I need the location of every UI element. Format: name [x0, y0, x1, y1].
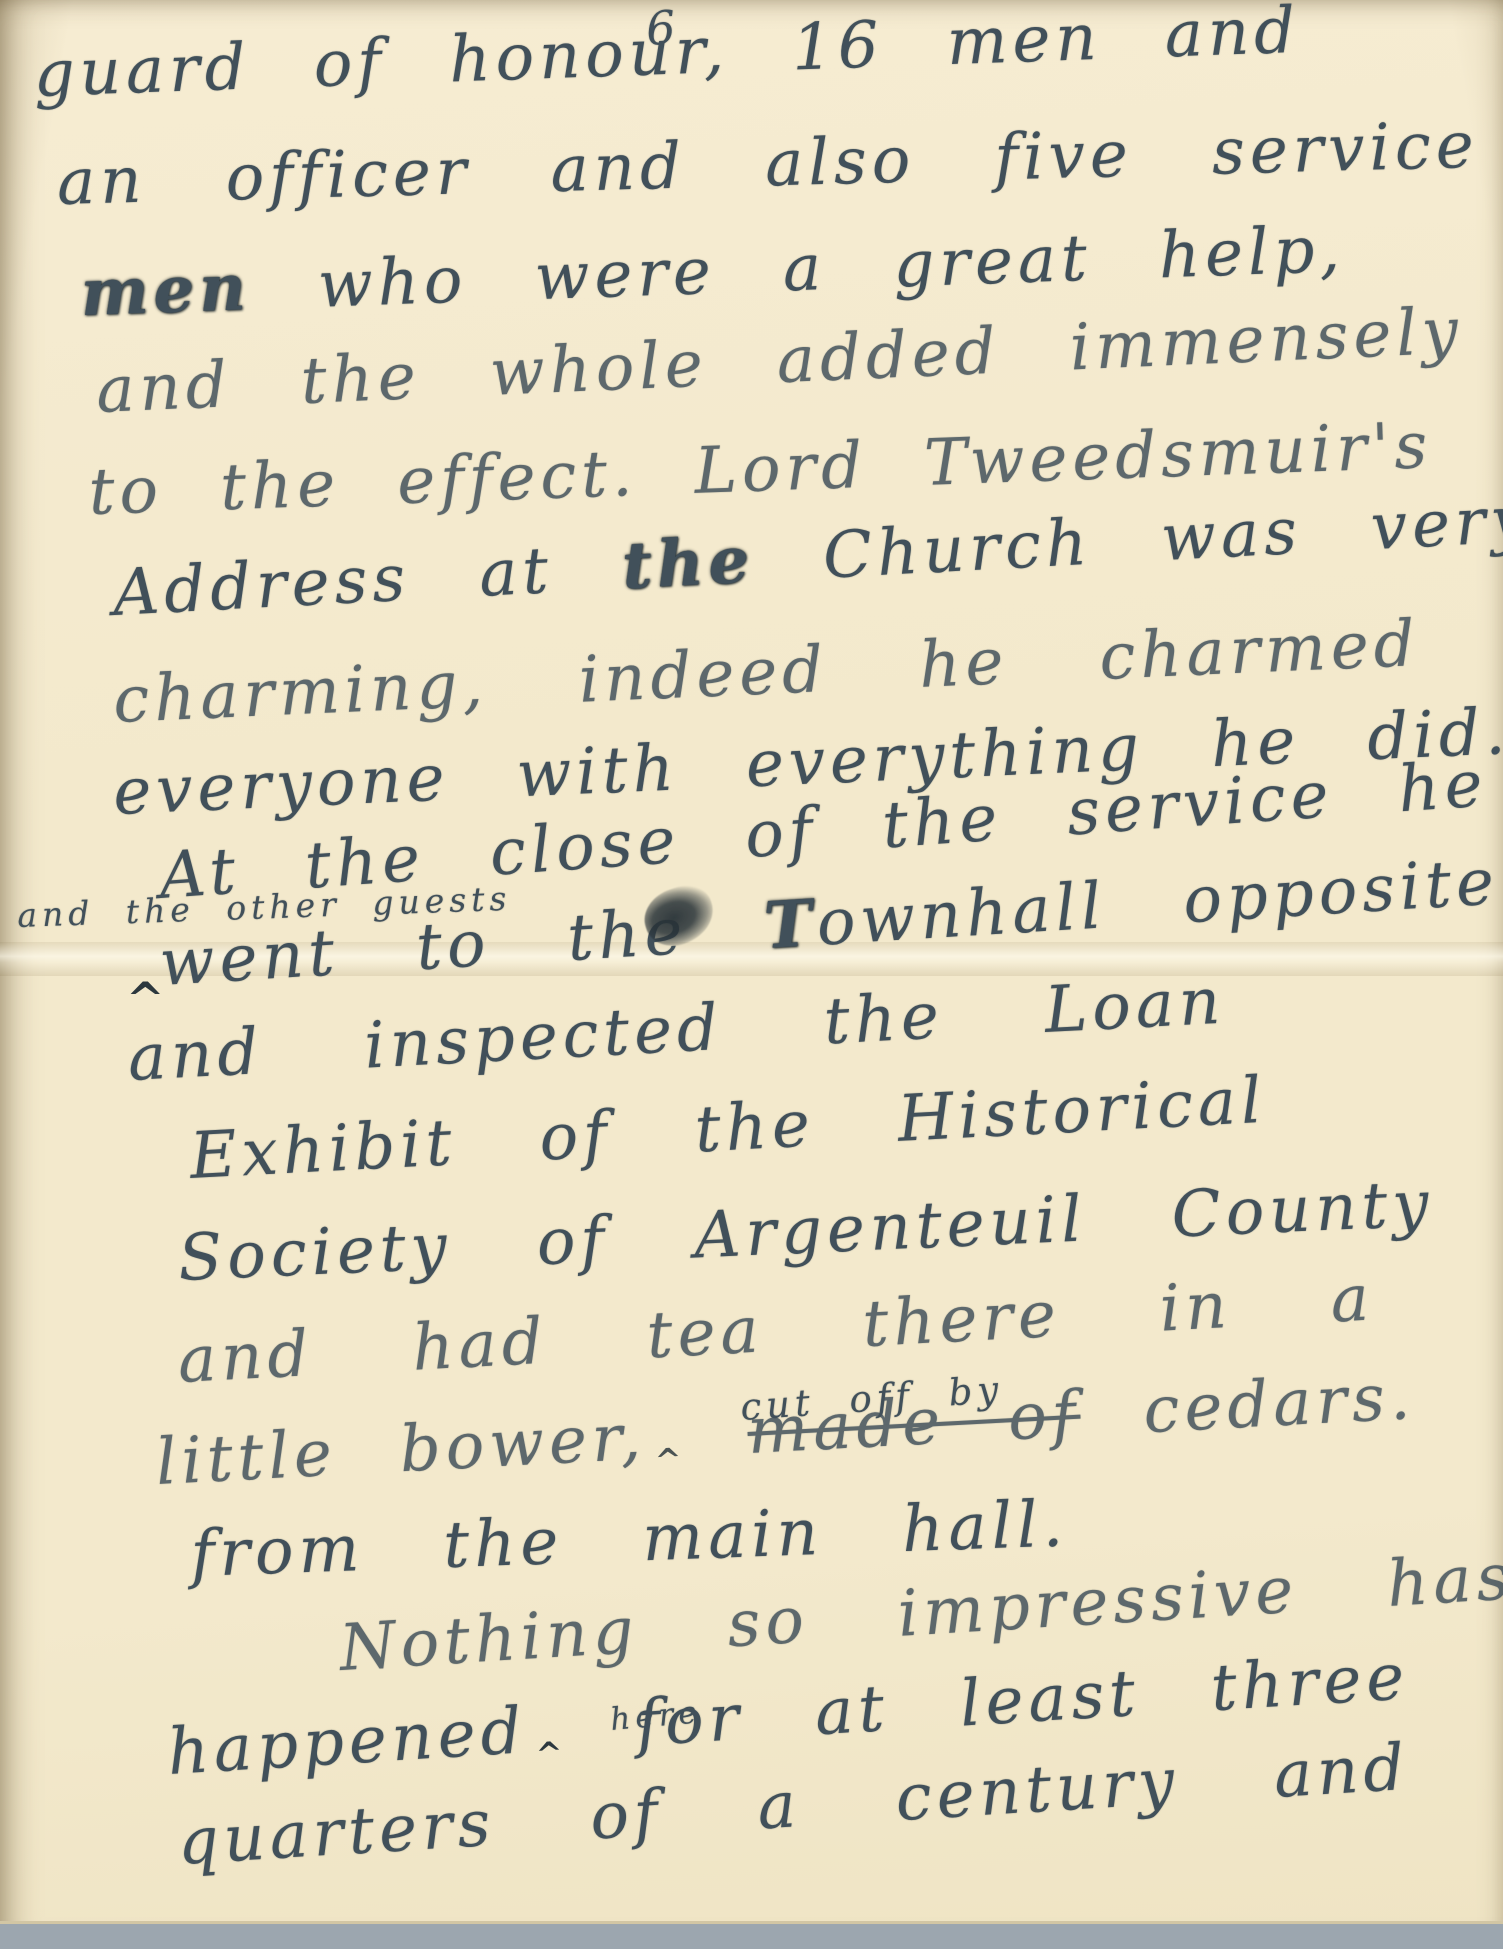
text-segment: guard of honour, 16 men and	[32, 0, 1301, 112]
text-segment: an officer and also five service	[56, 109, 1479, 220]
line-guard-of-honour: guard of honour, 16 men and	[32, 0, 1301, 112]
insertion-caret-went: ^	[126, 972, 165, 1026]
text-segment: T	[762, 886, 819, 964]
text-segment: little bower,	[154, 1400, 647, 1500]
insertion-caret: ^	[535, 1734, 564, 1774]
scan-edge-strip	[0, 1921, 1503, 1938]
text-segment: the	[620, 523, 756, 605]
text-segment: cedars.	[1078, 1360, 1416, 1451]
text-segment: men	[79, 250, 251, 331]
text-segment: Address at	[111, 530, 624, 631]
letter-page: 6guard of honour, 16 men andan officer a…	[0, 0, 1503, 1938]
handwriting-layer: 6guard of honour, 16 men andan officer a…	[0, 0, 1503, 1938]
insertion-caret: ^	[654, 1441, 683, 1480]
line-an-officer: an officer and also five service	[56, 109, 1479, 220]
text-segment: happened	[165, 1694, 528, 1790]
text-segment: ownhall opposite	[815, 845, 1501, 961]
text-segment	[682, 1395, 749, 1472]
